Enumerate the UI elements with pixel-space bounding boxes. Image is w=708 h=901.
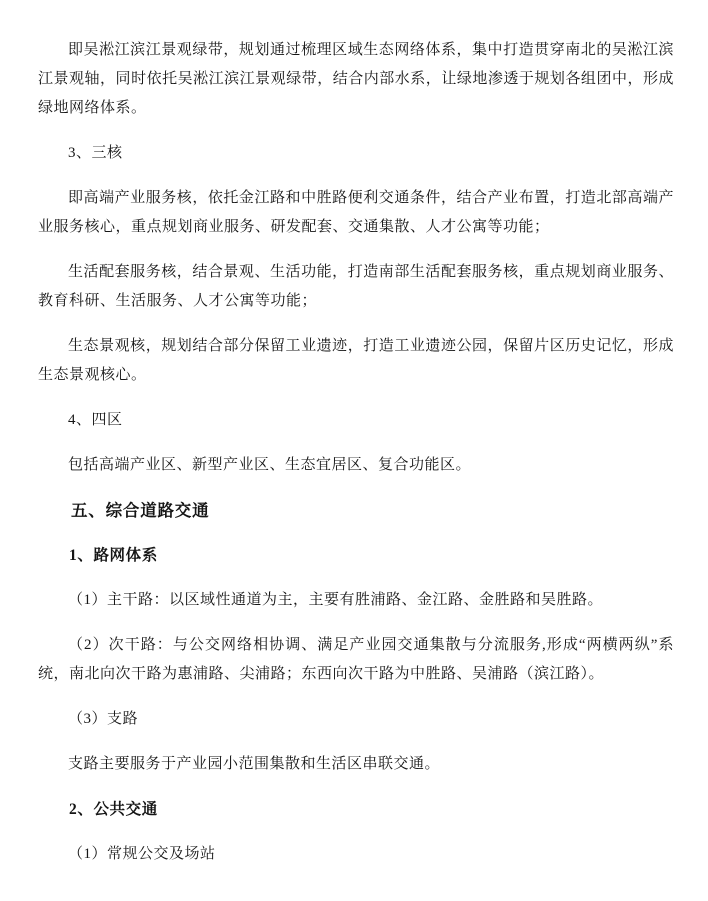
paragraph-four-districts-list: 包括高端产业区、新型产业区、生态宜居区、复合功能区。 bbox=[38, 451, 674, 480]
document-page: 即吴淞江滨江景观绿带，规划通过梳理区域生态网络体系，集中打造贯穿南北的吴淞江滨江… bbox=[0, 0, 708, 901]
paragraph-secondary-roads: （2）次干路：与公交网络相协调、满足产业园交通集散与分流服务,形成“两横两纵”系… bbox=[38, 631, 674, 689]
document-body: 即吴淞江滨江景观绿带，规划通过梳理区域生态网络体系，集中打造贯穿南北的吴淞江滨江… bbox=[38, 36, 674, 869]
paragraph-branch-roads-function: 支路主要服务于产业园小范围集散和生活区串联交通。 bbox=[38, 750, 674, 779]
paragraph-high-end-industry-core: 即高端产业服务核，依托金江路和中胜路便利交通条件，结合产业布置，打造北部高端产业… bbox=[38, 184, 674, 242]
paragraph-green-belt-network: 即吴淞江滨江景观绿带，规划通过梳理区域生态网络体系，集中打造贯穿南北的吴淞江滨江… bbox=[38, 36, 674, 123]
subheading-regular-bus-stations: （1）常规公交及场站 bbox=[38, 840, 674, 869]
heading-section-5-road-traffic: 五、综合道路交通 bbox=[38, 496, 674, 525]
paragraph-arterial-roads: （1）主干路：以区域性通道为主，主要有胜浦路、金江路、金胜路和吴胜路。 bbox=[38, 586, 674, 615]
paragraph-ecological-landscape-core: 生态景观核，规划结合部分保留工业遗迹，打造工业遗迹公园，保留片区历史记忆，形成生… bbox=[38, 332, 674, 390]
paragraph-living-service-core: 生活配套服务核，结合景观、生活功能，打造南部生活配套服务核，重点规划商业服务、教… bbox=[38, 258, 674, 316]
heading-public-transport: 2、公共交通 bbox=[38, 795, 674, 824]
subheading-three-cores: 3、三核 bbox=[38, 139, 674, 168]
heading-road-network-system: 1、路网体系 bbox=[38, 541, 674, 570]
subheading-four-districts: 4、四区 bbox=[38, 406, 674, 435]
subheading-branch-roads: （3）支路 bbox=[38, 705, 674, 734]
